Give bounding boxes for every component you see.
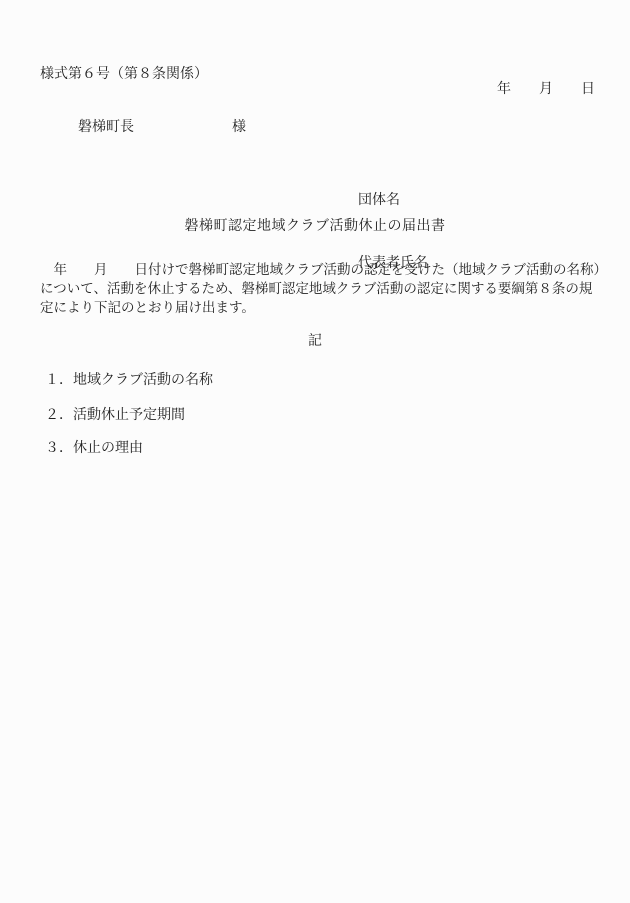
document-title: 磐梯町認定地域クラブ活動休止の届出書 xyxy=(0,215,630,235)
record-marker: 記 xyxy=(0,330,630,350)
item-suspension-period: ２．活動休止予定期間 xyxy=(45,404,185,424)
date-line: 年 月 日 xyxy=(497,78,595,98)
recipient-line: 磐梯町長 様 xyxy=(78,116,246,136)
body-paragraph: 年 月 日付けで磐梯町認定地域クラブ活動の認定を受けた（地域クラブ活動の名称） … xyxy=(40,261,622,318)
item-suspension-reason: ３．休止の理由 xyxy=(45,437,143,457)
document-page: 様式第６号（第８条関係） 年 月 日 磐梯町長 様 団体名 代表者氏名 磐梯町認… xyxy=(0,0,630,903)
item-club-activity-name: １．地域クラブ活動の名称 xyxy=(45,369,213,389)
org-name-label: 団体名 xyxy=(358,190,428,211)
form-number: 様式第６号（第８条関係） xyxy=(40,63,208,83)
